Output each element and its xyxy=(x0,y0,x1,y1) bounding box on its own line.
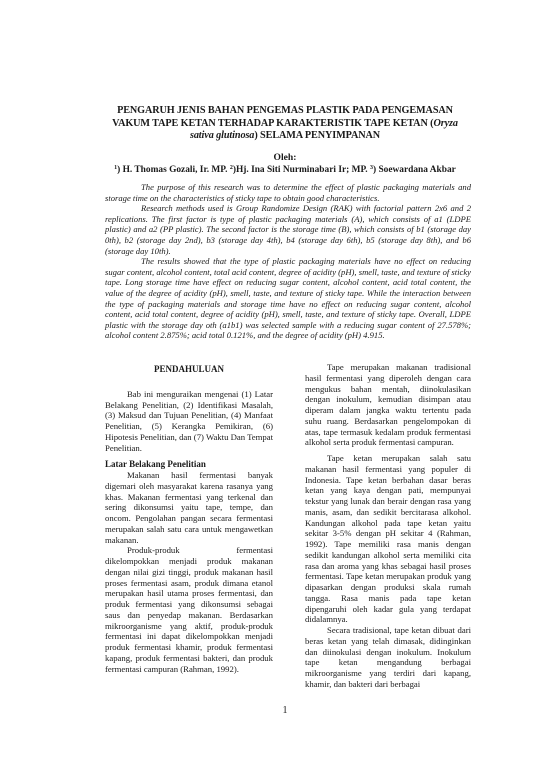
title-line-3-text: ) SELAMA PENYIMPANAN xyxy=(254,130,380,141)
paper-title: PENGARUH JENIS BAHAN PENGEMAS PLASTIK PA… xyxy=(95,105,475,143)
body-paragraph: Bab ini menguraikan mengenai (1) Latar B… xyxy=(105,389,273,454)
abstract-paragraph: Research methods used is Group Randomize… xyxy=(105,203,471,256)
body-paragraph: Secara tradisional, tape ketan dibuat da… xyxy=(305,625,471,690)
author-name: ) H. Thomas Gozali, Ir. MP. xyxy=(117,165,230,175)
body-paragraph: Produk-produk fermentasi dikelompokkan m… xyxy=(105,545,273,674)
left-column: PENDAHULUAN Bab ini menguraikan mengenai… xyxy=(105,364,273,674)
subsection-heading: Latar Belakang Penelitian xyxy=(105,459,273,470)
author-list: 1) H. Thomas Gozali, Ir. MP. 2)Hj. Ina S… xyxy=(95,164,475,176)
body-paragraph: Tape ketan merupakan salah satu makanan … xyxy=(305,453,471,625)
author-name: ) Soewardana Akbar xyxy=(373,165,456,175)
abstract-paragraph: The purpose of this research was to dete… xyxy=(105,182,471,203)
body-paragraph: Makanan hasil fermentasi banyak digemari… xyxy=(105,470,273,545)
abstract: The purpose of this research was to dete… xyxy=(105,182,471,341)
page-number: 1 xyxy=(275,705,295,716)
title-line-3: sativa glutinosa) SELAMA PENYIMPANAN xyxy=(95,130,475,143)
title-species-epithet: sativa glutinosa xyxy=(190,130,254,141)
abstract-paragraph: The results showed that the type of plas… xyxy=(105,256,471,341)
body-paragraph: Tape merupakan makanan tradisional hasil… xyxy=(305,362,471,448)
right-column: Tape merupakan makanan tradisional hasil… xyxy=(305,362,471,690)
section-heading: PENDAHULUAN xyxy=(105,364,273,375)
title-line-1: PENGARUH JENIS BAHAN PENGEMAS PLASTIK PA… xyxy=(95,105,475,118)
document-page: PENGARUH JENIS BAHAN PENGEMAS PLASTIK PA… xyxy=(0,0,550,777)
title-species-genus: Oryza xyxy=(433,118,457,129)
title-line-2: VAKUM TAPE KETAN TERHADAP KARAKTERISTIK … xyxy=(95,118,475,131)
title-line-2-text: VAKUM TAPE KETAN TERHADAP KARAKTERISTIK … xyxy=(112,118,433,129)
author-name: )Hj. Ina Siti Nurminabari Ir; MP. xyxy=(233,165,370,175)
byline-label: Oleh: xyxy=(95,152,475,164)
